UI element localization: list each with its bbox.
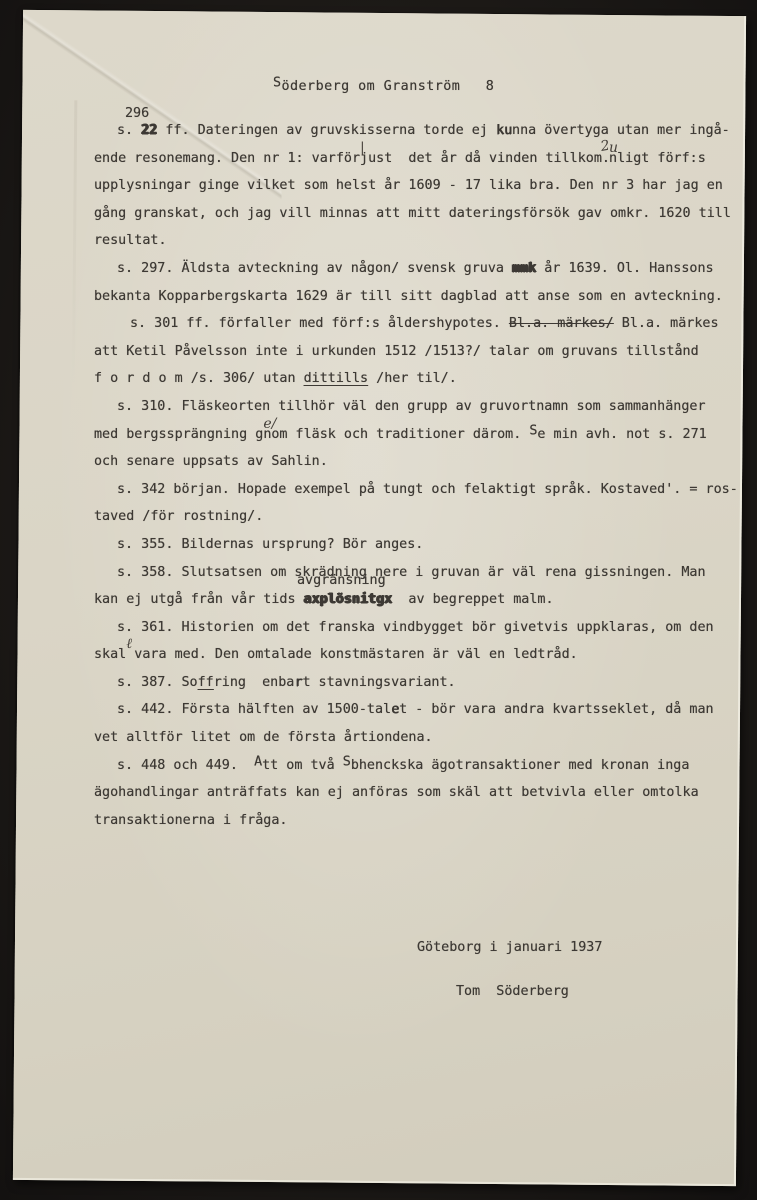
typed-segment: år 1639. Ol. Hanssons bbox=[536, 261, 713, 276]
text-line: s. 361. Historien om det franska vindbyg… bbox=[94, 614, 749, 642]
typed-segment: just det år då vinden tillkom. bbox=[360, 151, 610, 166]
typed-segment: s. 342 början. Hopade exempel på tungt o… bbox=[117, 482, 738, 497]
typed-segment: t - bör vara andra kvartsseklet, då man bbox=[399, 702, 713, 717]
text-line: s. 297. Äldsta avteckning av någon/ sven… bbox=[94, 255, 749, 283]
scanned-document-photo: { "page": { "bezel_color": "#1d1a17", "p… bbox=[0, 0, 757, 1200]
text-line: s. 310. Fläskeorten tillhör väl den grup… bbox=[94, 393, 749, 421]
typed-segment-raise: A bbox=[254, 748, 262, 776]
typed-segment: med bergssprängning g bbox=[94, 427, 263, 442]
typed-segment: och senare uppsats av Sahlin. bbox=[94, 454, 328, 469]
typed-segment: e min avh. not s. 271 bbox=[537, 427, 706, 442]
typed-segment: Bl.a. märkes bbox=[614, 316, 719, 331]
typed-segment: av begreppet malm. bbox=[392, 592, 553, 607]
text-line: s. 342 början. Hopade exempel på tungt o… bbox=[94, 476, 749, 504]
typed-segment: s. 301 ff. förfaller med förf:s åldershy… bbox=[130, 316, 509, 331]
typed-segment: s. 448 och 449. bbox=[117, 758, 254, 773]
typed-segment: s. bbox=[117, 123, 141, 138]
typed-segment: s. 361. Historien om det franska vindbyg… bbox=[117, 620, 714, 635]
text-line: upplysningar ginge vilket som helst år 1… bbox=[94, 172, 749, 200]
typed-segment-ov: ku bbox=[496, 123, 512, 138]
typed-segment: tt om två bbox=[262, 758, 343, 773]
text-line: s. 355. Bildernas ursprung? Bör anges. bbox=[94, 531, 749, 559]
typed-segment: bhenckska ägotransaktioner med kronan in… bbox=[351, 758, 690, 773]
text-line: transaktionerna i fråga. bbox=[94, 807, 749, 835]
inserted-word-avgransning: avgränsning bbox=[297, 573, 386, 588]
typed-segment: bekanta Kopparbergskarta 1629 är till si… bbox=[94, 289, 723, 304]
text-line: f o r d o m /s. 306/ utan dittills /her … bbox=[94, 365, 749, 393]
typed-segment-xline: Bl.a. märkes/ bbox=[509, 316, 614, 331]
text-line: skalℓ vara med. Den omtalade konstmästar… bbox=[94, 641, 749, 669]
typed-segment: att Ketil Påvelsson inte i urkunden 1512… bbox=[94, 344, 699, 359]
text-line: och senare uppsats av Sahlin. bbox=[94, 448, 749, 476]
typed-segment: f o r d o m /s. 306/ utan bbox=[94, 371, 304, 386]
typed-segment: resultat. bbox=[94, 233, 167, 248]
typed-segment: nna övertyga utan mer ingå- bbox=[512, 123, 730, 138]
typed-segment: vara med. Den omtalade konstmästaren är … bbox=[126, 647, 577, 662]
signature: Tom Söderberg bbox=[456, 984, 569, 999]
typed-segment: ende resonemang. Den nr 1: varför bbox=[94, 151, 360, 166]
typewritten-text-layer: Söderberg om Granström 8 296 s. 22 ff. D… bbox=[0, 0, 757, 1200]
typed-segment: skal bbox=[94, 647, 126, 662]
typed-segment: taved /för rostning/. bbox=[94, 509, 263, 524]
text-line: s. 358. Slutsatsen om skrädning nere i g… bbox=[94, 559, 749, 587]
typed-segment: kan ej utgå från vår tids bbox=[94, 592, 304, 607]
typed-segment: s. 310. Fläskeorten tillhör väl den grup… bbox=[117, 399, 706, 414]
typed-segment: t stavningsvariant. bbox=[302, 675, 455, 690]
text-line: gång granskat, och jag vill minnas att m… bbox=[94, 200, 749, 228]
typed-segment: s. 358. Slutsatsen om skrädning nere i g… bbox=[117, 565, 706, 580]
typed-segment: s. 297. Äldsta avteckning av någon/ sven… bbox=[117, 261, 512, 276]
typed-segment: ff. Dateringen av gruvskisserna torde ej bbox=[157, 123, 496, 138]
typed-segment-xov: 22 bbox=[141, 123, 157, 138]
text-line: s. 448 och 449. Att om två Sbhenckska äg… bbox=[94, 752, 749, 780]
typed-segment: nom fläsk och traditioner därom. bbox=[263, 427, 529, 442]
typed-segment: ägohandlingar anträffats kan ej anföras … bbox=[94, 785, 699, 800]
typed-segment: s. 442. Första hälften av 1500-tal bbox=[117, 702, 391, 717]
typed-segment: vet alltför litet om de första årtionden… bbox=[94, 730, 433, 745]
typed-segment-ov: e bbox=[391, 702, 399, 717]
text-line: vet alltför litet om de första årtionden… bbox=[94, 724, 749, 752]
typed-segment: transaktionerna i fråga. bbox=[94, 813, 287, 828]
typed-segment: s. 387. So bbox=[117, 675, 198, 690]
typed-segment-u: dittills bbox=[304, 371, 369, 386]
page-header: Söderberg om Granström 8 bbox=[273, 79, 494, 94]
text-line: kan ej utgå från vår tids axplösnitgx av… bbox=[94, 586, 749, 614]
text-line: ägohandlingar anträffats kan ej anföras … bbox=[94, 779, 749, 807]
text-line: s. 301 ff. förfaller med förf:s åldershy… bbox=[94, 310, 749, 338]
typed-segment: nligt förf:s bbox=[609, 151, 706, 166]
text-line: resultat. bbox=[94, 227, 749, 255]
typed-segment: ring enba bbox=[214, 675, 295, 690]
text-line: att Ketil Påvelsson inte i urkunden 1512… bbox=[94, 338, 749, 366]
typed-segment: gång granskat, och jag vill minnas att m… bbox=[94, 206, 731, 221]
typed-segment-u: ff bbox=[198, 675, 214, 690]
typewritten-body: s. 22 ff. Dateringen av gruvskisserna to… bbox=[94, 117, 749, 834]
typed-segment: s. 355. Bildernas ursprung? Bör anges. bbox=[117, 537, 423, 552]
typed-segment-xov: mmk bbox=[512, 261, 536, 276]
typed-segment-raise: S bbox=[529, 417, 537, 445]
typed-segment: upplysningar ginge vilket som helst år 1… bbox=[94, 178, 723, 193]
typed-segment: öderberg om Granström 8 bbox=[282, 79, 495, 94]
typed-segment-xov: axplösnitgx bbox=[304, 592, 393, 607]
typed-segment-raise: S bbox=[343, 748, 351, 776]
typed-segment: /her til/. bbox=[368, 371, 457, 386]
text-line: s. 387. Soffring enbart stavningsvariant… bbox=[94, 669, 749, 697]
text-line: s. 442. Första hälften av 1500-talet - b… bbox=[94, 696, 749, 724]
dateline: Göteborg i januari 1937 bbox=[417, 940, 602, 955]
text-line: taved /för rostning/. bbox=[94, 503, 749, 531]
text-line: bekanta Kopparbergskarta 1629 är till si… bbox=[94, 283, 749, 311]
typed-segment-raise: S bbox=[273, 76, 282, 91]
text-line: med bergssprängning ge/nom fläsk och tra… bbox=[94, 421, 749, 449]
text-line: ende resonemang. Den nr 1: varför|just d… bbox=[94, 145, 749, 173]
text-line: s. 22 ff. Dateringen av gruvskisserna to… bbox=[94, 117, 749, 145]
